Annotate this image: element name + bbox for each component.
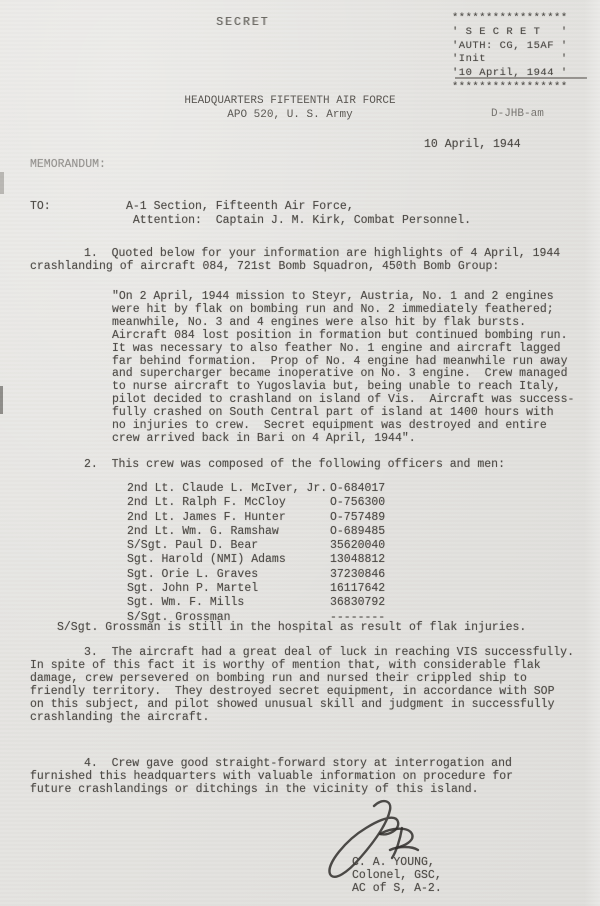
signature-block: C. A. YOUNG, Colonel, GSC, AC of S, A-2.: [352, 856, 442, 895]
crew-member-serial: O-756300: [330, 496, 385, 510]
crew-member-name: Sgt. John P. Martel: [127, 582, 330, 596]
letterhead: HEADQUARTERS FIFTEENTH AIR FORCE APO 520…: [140, 95, 440, 122]
crew-member-name: 2nd Lt. James F. Hunter: [127, 511, 330, 525]
paragraph-3-line: damage, crew persevered on bombing run a…: [30, 672, 574, 685]
quote-line: crew arrived back in Bari on 4 April, 19…: [112, 433, 574, 446]
addressee-section: A-1 Section, Fifteenth Air Force,: [126, 200, 471, 214]
quote-line: meanwhile, No. 3 and 4 engines were also…: [112, 317, 574, 330]
crew-member-name: S/Sgt. Paul D. Bear: [127, 539, 330, 553]
paragraph-4-line: 4. Crew gave good straight-forward story…: [30, 757, 513, 770]
scanned-memo-page: SECRET ***************** ' S E C R E T '…: [0, 0, 600, 906]
paragraph-3-line: In spite of this fact it is worthy of me…: [30, 659, 574, 672]
crew-member-serial: O-757489: [330, 511, 385, 525]
paragraph-3-line: crashlanding the aircraft.: [30, 711, 574, 724]
crew-member-name: Sgt. Wm. F. Mills: [127, 596, 330, 610]
stamp-init: 'Init ': [452, 53, 568, 67]
crew-member-serial: 35620040: [330, 539, 385, 553]
classification-header: SECRET: [216, 16, 269, 29]
scan-edge-highlight: [584, 0, 600, 906]
paragraph-2-line: 2. This crew was composed of the followi…: [30, 458, 505, 471]
paragraph-3-line: 3. The aircraft had a great deal of luck…: [30, 646, 574, 659]
crew-member-name: Sgt. Harold (NMI) Adams: [127, 553, 330, 567]
paragraph-1: 1. Quoted below for your information are…: [30, 247, 560, 273]
crew-row: Sgt. Orie L. Graves37230846: [127, 568, 385, 582]
quote-line: were hit by flak on bombing run and No. …: [112, 304, 574, 317]
crew-row: 2nd Lt. James F. HunterO-757489: [127, 511, 385, 525]
grossman-hospital-note: S/Sgt. Grossman is still in the hospital…: [57, 621, 526, 634]
stamp-classification: ' S E C R E T ': [452, 26, 568, 40]
document-date: 10 April, 1944: [424, 138, 521, 151]
scan-artifact: [0, 172, 4, 194]
crew-member-name: Sgt. Orie L. Graves: [127, 568, 330, 582]
signer-office: AC of S, A-2.: [352, 882, 442, 895]
crew-member-serial: 37230846: [330, 568, 385, 582]
crew-member-serial: 16117642: [330, 582, 385, 596]
stamp-authority: 'AUTH: CG, 15AF ': [452, 40, 568, 54]
paragraph-3-line: on this subject, and pilot showed unusua…: [30, 698, 574, 711]
crew-member-serial: O-684017: [330, 482, 385, 496]
crew-member-serial: 36830792: [330, 596, 385, 610]
memorandum-label: MEMORANDUM:: [30, 158, 106, 171]
crew-row: S/Sgt. Paul D. Bear35620040: [127, 539, 385, 553]
quote-line: "On 2 April, 1944 mission to Steyr, Aust…: [112, 291, 574, 304]
crew-member-serial: 13048812: [330, 553, 385, 567]
addressee-attention: Attention: Captain J. M. Kirk, Combat Pe…: [126, 214, 471, 228]
addressee-block: A-1 Section, Fifteenth Air Force, Attent…: [126, 200, 471, 228]
crew-roster: 2nd Lt. Claude L. McIver, Jr.O-684017 2n…: [127, 482, 385, 625]
quote-line: Aircraft 084 lost position in formation …: [112, 330, 574, 343]
paragraph-4: 4. Crew gave good straight-forward story…: [30, 757, 513, 796]
crew-row: 2nd Lt. Claude L. McIver, Jr.O-684017: [127, 482, 385, 496]
scan-artifact: [0, 386, 3, 414]
stamp-border-bottom: *****************: [452, 81, 568, 95]
paragraph-3: 3. The aircraft had a great deal of luck…: [30, 646, 574, 724]
letterhead-command: HEADQUARTERS FIFTEENTH AIR FORCE: [140, 95, 440, 109]
crew-row: Sgt. Harold (NMI) Adams13048812: [127, 553, 385, 567]
crew-member-name: 2nd Lt. Claude L. McIver, Jr.: [127, 482, 330, 496]
quoted-crashlanding-report: "On 2 April, 1944 mission to Steyr, Aust…: [112, 291, 574, 446]
letterhead-apo: APO 520, U. S. Army: [140, 109, 440, 123]
stamp-border-top: *****************: [452, 12, 568, 26]
crew-member-serial: O-689485: [330, 525, 385, 539]
crew-row: Sgt. Wm. F. Mills36830792: [127, 596, 385, 610]
crew-row: 2nd Lt. Wm. G. RamshawO-689485: [127, 525, 385, 539]
signer-rank: Colonel, GSC,: [352, 869, 442, 882]
paragraph-3-line: friendly territory. They destroyed secre…: [30, 685, 574, 698]
crew-member-name: 2nd Lt. Ralph F. McCloy: [127, 496, 330, 510]
secret-auth-stamp: ***************** ' S E C R E T ' 'AUTH:…: [452, 12, 568, 95]
quote-line: It was necessary to also feather No. 1 e…: [112, 343, 574, 356]
crew-row: 2nd Lt. Ralph F. McCloyO-756300: [127, 496, 385, 510]
paragraph-1-line: 1. Quoted below for your information are…: [30, 247, 560, 260]
to-label: TO:: [30, 200, 51, 213]
crew-row: Sgt. John P. Martel16117642: [127, 582, 385, 596]
paragraph-4-line: future crashlandings or ditchings in the…: [30, 783, 513, 796]
paragraph-1-line: crashlanding of aircraft 084, 721st Bomb…: [30, 260, 560, 273]
reference-code: D-JHB-am: [491, 108, 544, 120]
paragraph-4-line: furnished this headquarters with valuabl…: [30, 770, 513, 783]
crew-member-name: 2nd Lt. Wm. G. Ramshaw: [127, 525, 330, 539]
paragraph-2: 2. This crew was composed of the followi…: [30, 458, 505, 471]
signer-name: C. A. YOUNG,: [352, 856, 442, 869]
stamp-strike-line: [455, 77, 587, 79]
stamp-date: '10 April, 1944 ': [452, 67, 568, 81]
